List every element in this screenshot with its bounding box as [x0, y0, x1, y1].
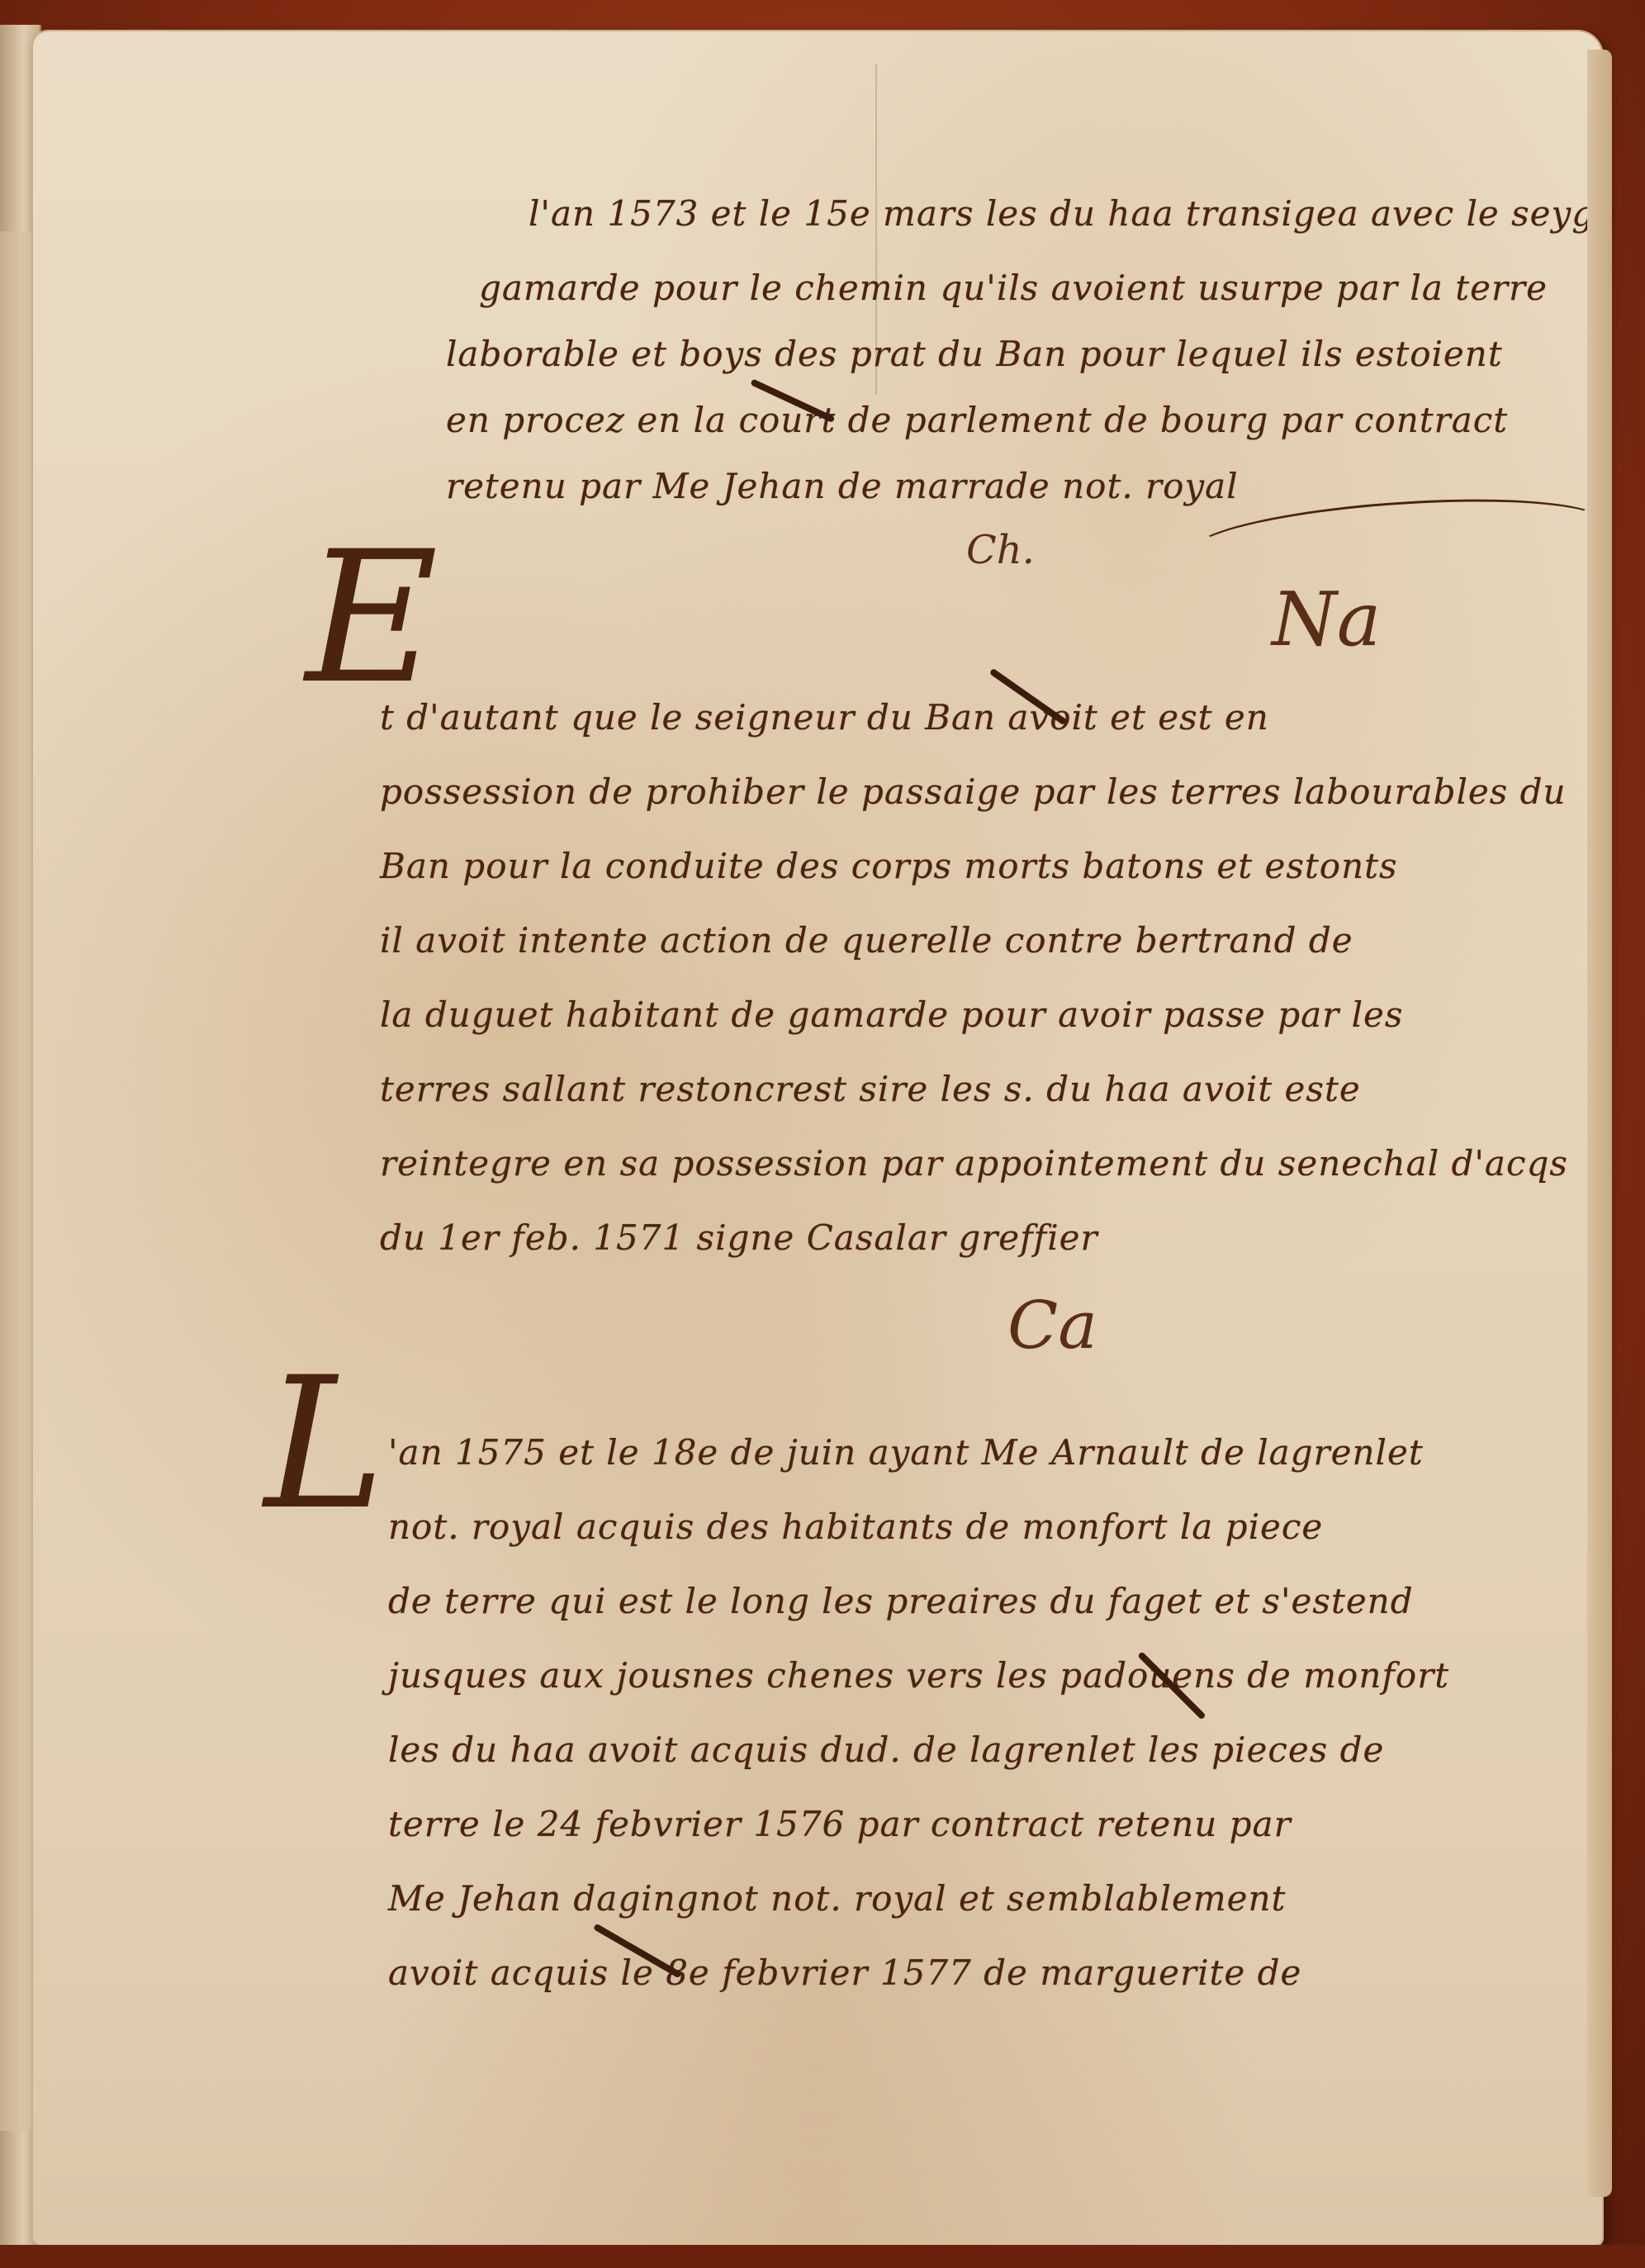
text-line: de terre qui est le long les preaires du…	[388, 1584, 1414, 1619]
signature-mark: Ch.	[966, 527, 1035, 573]
manuscript-page: l'an 1573 et le 15e mars les du haa tran…	[33, 31, 1602, 2245]
text-line: jusques aux jousnes chenes vers les pado…	[388, 1658, 1449, 1693]
decorated-initial: L	[264, 1353, 385, 1535]
table-bottom-edge	[0, 2245, 1645, 2268]
text-line: Ban pour la conduite des corps morts bat…	[380, 849, 1398, 884]
text-line: il avoit intente action de querelle cont…	[380, 923, 1353, 958]
text-line: en procez en la court de parlement de bo…	[446, 403, 1508, 438]
signature-mark: Na	[1272, 576, 1381, 663]
text-line: l'an 1573 et le 15e mars les du haa tran…	[529, 197, 1618, 231]
text-line: les du haa avoit acquis dud. de lagrenle…	[388, 1733, 1384, 1767]
page-right-edge	[1587, 50, 1612, 2197]
text-line: reintegre en sa possession par appointem…	[380, 1146, 1568, 1181]
decorated-initial: E	[306, 527, 439, 709]
text-line: not. royal acquis des habitants de monfo…	[388, 1510, 1323, 1544]
text-line: retenu par Me Jehan de marrade not. roya…	[446, 469, 1239, 504]
text-line: avoit acquis le 8e febvrier 1577 de marg…	[388, 1956, 1301, 1990]
text-line: gamarde pour le chemin qu'ils avoient us…	[479, 271, 1548, 306]
text-line: terre le 24 febvrier 1576 par contract r…	[388, 1807, 1292, 1842]
text-line: possession de prohiber le passaige par l…	[380, 775, 1567, 809]
text-line: terres sallant restoncrest sire les s. d…	[380, 1072, 1361, 1107]
paraph-mark: Ca	[1007, 1287, 1097, 1364]
text-line: la duguet habitant de gamarde pour avoir…	[380, 998, 1403, 1032]
flourish-line	[1188, 487, 1609, 587]
text-line: 'an 1575 et le 18e de juin ayant Me Arna…	[388, 1435, 1424, 1470]
text-line: Me Jehan dagingnot not. royal et semblab…	[388, 1881, 1286, 1916]
text-line: t d'autant que le seigneur du Ban avoit …	[380, 700, 1269, 735]
text-line: laborable et boys des prat du Ban pour l…	[446, 337, 1503, 372]
text-line: du 1er feb. 1571 signe Casalar greffier	[380, 1221, 1098, 1255]
